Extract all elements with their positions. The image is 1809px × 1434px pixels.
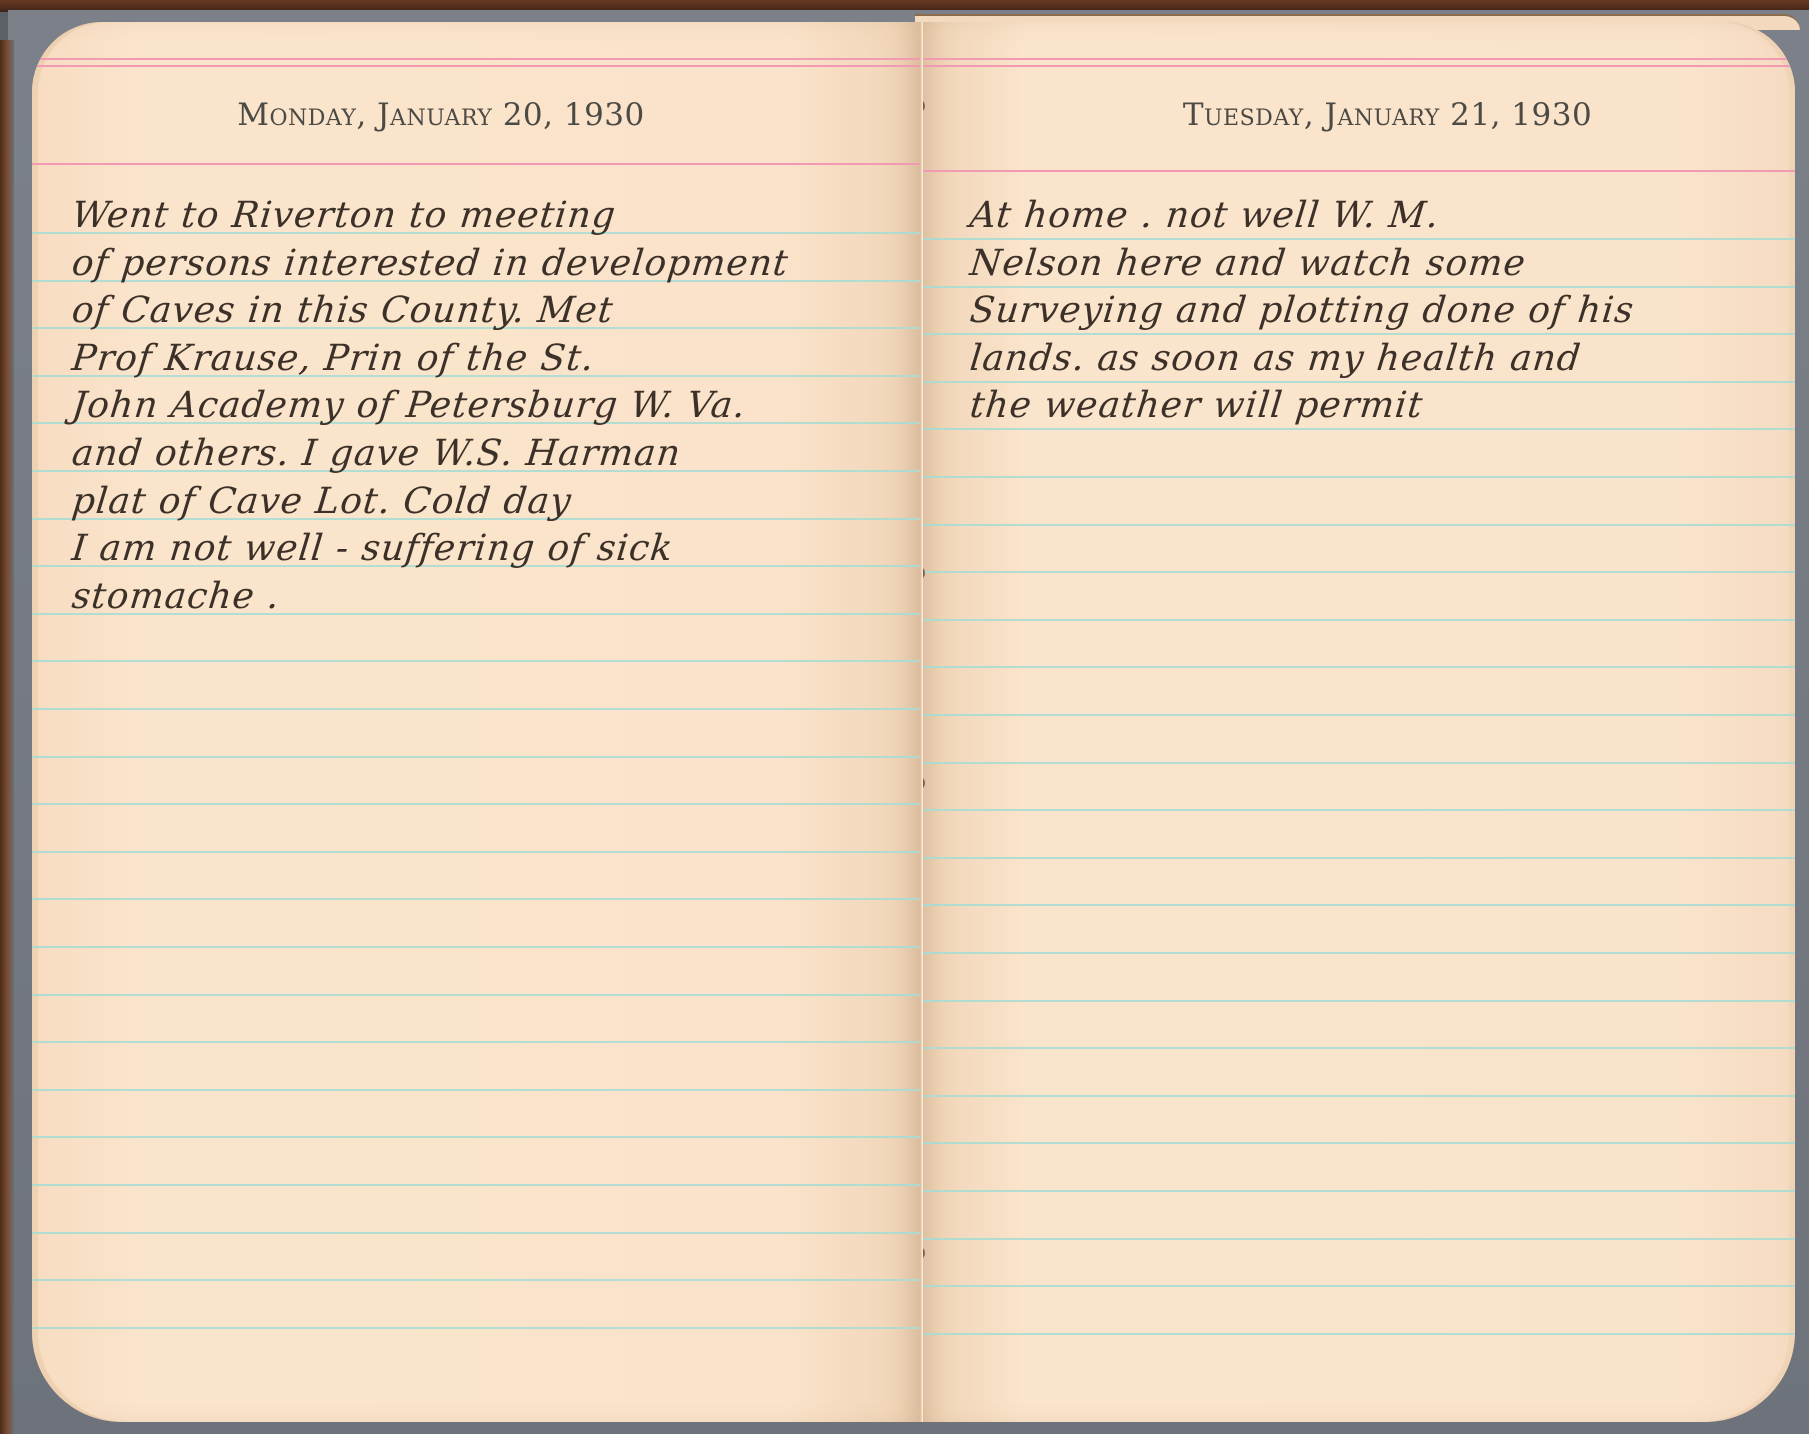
entry-line: lands. as soon as my health and xyxy=(967,335,1773,383)
diary-page-right: Tuesday, January 21, 1930 At home . not … xyxy=(920,22,1795,1422)
ruled-line xyxy=(32,851,920,853)
ruled-line xyxy=(32,708,920,710)
ruled-line xyxy=(920,524,1795,526)
ruled-line xyxy=(32,946,920,948)
ruled-line xyxy=(32,1327,920,1329)
ruled-line xyxy=(32,1089,920,1091)
ruled-line xyxy=(920,1190,1795,1192)
ruled-line xyxy=(920,1238,1795,1240)
ruled-line xyxy=(920,904,1795,906)
page-date-header: Monday, January 20, 1930 xyxy=(32,97,920,133)
ruled-line xyxy=(920,809,1795,811)
ruled-line xyxy=(920,1285,1795,1287)
ruled-line xyxy=(32,756,920,758)
ruled-line xyxy=(920,762,1795,764)
top-double-rule-1 xyxy=(32,58,920,60)
entry-line: the weather will permit xyxy=(967,382,1773,430)
background-left-edge xyxy=(0,40,14,1434)
entry-line: plat of Cave Lot. Cold day xyxy=(69,478,898,526)
header-rule xyxy=(920,170,1795,172)
ruled-line xyxy=(32,1279,920,1281)
ruled-line xyxy=(920,476,1795,478)
diary-entry: At home . not well W. M. Nelson here and… xyxy=(970,192,1771,430)
ruled-line xyxy=(920,1095,1795,1097)
top-double-rule-2 xyxy=(920,65,1795,67)
ruled-line xyxy=(920,1000,1795,1002)
ruled-line xyxy=(920,952,1795,954)
ruled-line xyxy=(32,898,920,900)
entry-line: John Academy of Petersburg W. Va. xyxy=(69,382,898,430)
header-rule xyxy=(32,163,920,165)
book-spine-gutter xyxy=(920,22,923,1422)
page-date-header: Tuesday, January 21, 1930 xyxy=(920,97,1795,133)
diary-page-left: Monday, January 20, 1930 Went to Riverto… xyxy=(32,22,920,1422)
entry-line: Nelson here and watch some xyxy=(967,240,1773,288)
ruled-line xyxy=(920,714,1795,716)
ruled-line xyxy=(920,1142,1795,1144)
top-double-rule-1 xyxy=(920,58,1795,60)
ruled-line xyxy=(32,1041,920,1043)
entry-line: of Caves in this County. Met xyxy=(69,287,898,335)
entry-line: of persons interested in development xyxy=(69,240,898,288)
entry-line: I am not well - suffering of sick xyxy=(69,525,898,573)
entry-line: Prof Krause, Prin of the St. xyxy=(69,335,898,383)
ruled-line xyxy=(920,666,1795,668)
ruled-line xyxy=(32,1184,920,1186)
ruled-line xyxy=(32,1232,920,1234)
ruled-line xyxy=(32,660,920,662)
entry-line: and others. I gave W.S. Harman xyxy=(69,430,898,478)
entry-line: Surveying and plotting done of his xyxy=(967,287,1773,335)
ruled-line xyxy=(920,571,1795,573)
entry-line: Went to Riverton to meeting xyxy=(69,192,898,240)
ruled-line xyxy=(32,994,920,996)
diary-entry: Went to Riverton to meeting of persons i… xyxy=(72,192,896,620)
entry-line: stomache . xyxy=(69,573,898,621)
ruled-line xyxy=(920,619,1795,621)
top-double-rule-2 xyxy=(32,65,920,67)
entry-line: At home . not well W. M. xyxy=(967,192,1773,240)
ruled-line xyxy=(920,1047,1795,1049)
ruled-line xyxy=(920,1333,1795,1335)
ruled-line xyxy=(32,803,920,805)
ruled-line xyxy=(32,1136,920,1138)
ruled-line xyxy=(920,857,1795,859)
